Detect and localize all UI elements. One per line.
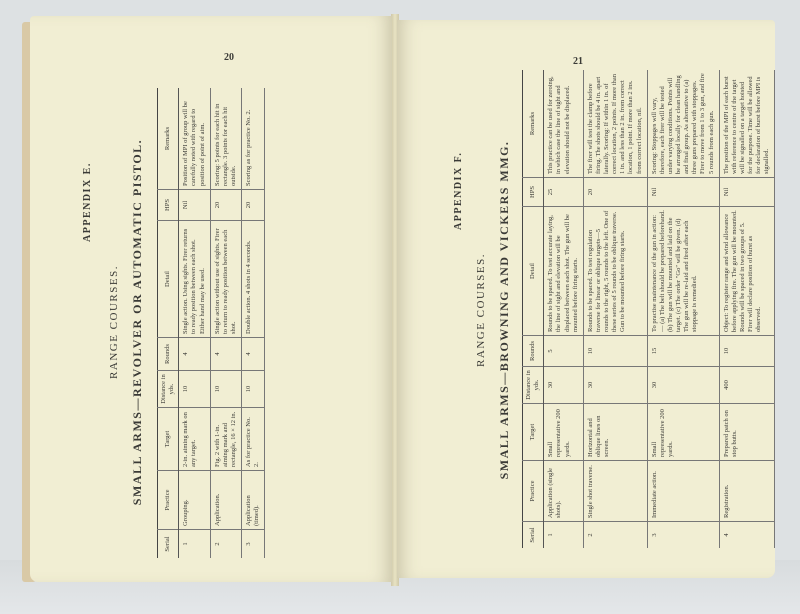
cell-practice: Application. xyxy=(210,471,241,530)
cell-remarks: This practice can be used for zeroing, i… xyxy=(544,70,584,178)
cell-remarks: Position of MPI of group will be careful… xyxy=(179,88,210,190)
cell-hps: Nil xyxy=(719,178,775,207)
cell-practice: Single shot traverse. xyxy=(583,461,647,522)
cell-detail: To practise maintenance of the gun in ac… xyxy=(647,207,719,336)
col-practice: Practice xyxy=(158,471,179,530)
col-detail: Detail xyxy=(523,207,544,336)
cell-target: 2-in. aiming mark on any target. xyxy=(179,408,210,471)
cell-practice: Grouping. xyxy=(179,471,210,530)
table-row: 3 Immediate action. Small representative… xyxy=(647,70,719,548)
course-title: RANGE COURSES. xyxy=(475,60,487,560)
cell-serial: 3 xyxy=(242,530,265,559)
col-serial: Serial xyxy=(158,530,179,559)
cell-target: As for practice No. 2. xyxy=(242,408,265,471)
cell-hps: 20 xyxy=(210,190,241,221)
course-title: RANGE COURSES. xyxy=(108,72,120,572)
col-distance: Distance in yds. xyxy=(158,371,179,408)
cell-rounds: 4 xyxy=(179,338,210,371)
cell-rounds: 10 xyxy=(583,336,647,367)
cell-target: Small representative 200 yards. xyxy=(647,404,719,461)
cell-practice: Immediate action. xyxy=(647,461,719,522)
cell-serial: 4 xyxy=(719,522,775,549)
cell-hps: 25 xyxy=(544,178,584,207)
cell-serial: 1 xyxy=(544,522,584,549)
cell-target: Horizontal and oblique lines on screen. xyxy=(583,404,647,461)
appendix-label: APPENDIX F. xyxy=(453,152,464,230)
cell-rounds: 5 xyxy=(544,336,584,367)
col-distance: Distance in yds. xyxy=(523,367,544,404)
table-row: 2 Single shot traverse. Horizontal and o… xyxy=(583,70,647,548)
cell-detail: Single action. Using sights. Firer retur… xyxy=(179,221,210,338)
rotated-content-left: APPENDIX E. RANGE COURSES. SMALL ARMS—RE… xyxy=(66,72,316,572)
cell-hps: Nil xyxy=(647,178,719,207)
cell-remarks: Scoring: 5 points for each hit in rectan… xyxy=(210,88,241,190)
col-target: Target xyxy=(523,404,544,461)
section-heading: SMALL ARMS—REVOLVER OR AUTOMATIC PISTOL. xyxy=(130,72,145,572)
cell-target: Fig. 2 with 1-in. aiming mark and rectan… xyxy=(210,408,241,471)
cell-target: Small representative 200 yards. xyxy=(544,404,584,461)
cell-rounds: 4 xyxy=(242,338,265,371)
cell-distance: 10 xyxy=(242,371,265,408)
right-page: 21 APPENDIX F. RANGE COURSES. SMALL ARMS… xyxy=(397,20,775,578)
cell-detail: Double action. 4 shots in 4 seconds. xyxy=(242,221,265,338)
cell-practice: Application (single shots). xyxy=(544,461,584,522)
cell-rounds: 4 xyxy=(210,338,241,371)
cell-detail: Rounds to be spaced. To test regulation … xyxy=(583,207,647,336)
table-row: 4 Registration. Prepared patch on stop b… xyxy=(719,70,775,548)
section-heading: SMALL ARMS—BROWNING AND VICKERS MMG. xyxy=(497,60,512,560)
table-header-row: Serial Practice Target Distance in yds. … xyxy=(158,88,179,558)
table-header-row: Serial Practice Target Distance in yds. … xyxy=(523,70,544,548)
cell-remarks: Scoring as for practice No. 2. xyxy=(242,88,265,190)
cell-hps: Nil xyxy=(179,190,210,221)
col-detail: Detail xyxy=(158,221,179,338)
table-row: 1 Application (single shots). Small repr… xyxy=(544,70,584,548)
cell-rounds: 10 xyxy=(719,336,775,367)
range-course-table: Serial Practice Target Distance in yds. … xyxy=(157,88,265,558)
cell-serial: 3 xyxy=(647,522,719,549)
range-course-table: Serial Practice Target Distance in yds. … xyxy=(522,70,775,548)
col-remarks: Remarks xyxy=(523,70,544,178)
cell-hps: 20 xyxy=(242,190,265,221)
cell-distance: 10 xyxy=(179,371,210,408)
col-hps: HPS xyxy=(158,190,179,221)
cell-distance: 30 xyxy=(647,367,719,404)
cell-rounds: 15 xyxy=(647,336,719,367)
col-target: Target xyxy=(158,408,179,471)
appendix-label: APPENDIX E. xyxy=(82,162,93,242)
table-row: 1 Grouping. 2-in. aiming mark on any tar… xyxy=(179,88,210,558)
cell-practice: Registration. xyxy=(719,461,775,522)
page-number: 20 xyxy=(224,52,234,63)
cell-distance: 400 xyxy=(719,367,775,404)
left-page: 20 APPENDIX E. RANGE COURSES. SMALL ARMS… xyxy=(30,16,392,582)
cell-detail: Single action without use of sights. Fir… xyxy=(210,221,241,338)
col-serial: Serial xyxy=(523,522,544,549)
cell-practice: Application (timed). xyxy=(242,471,265,530)
table-row: 3 Application (timed). As for practice N… xyxy=(242,88,265,558)
rotated-content-right: APPENDIX F. RANGE COURSES. SMALL ARMS—BR… xyxy=(433,60,773,560)
col-practice: Practice xyxy=(523,461,544,522)
cell-remarks: The position of the MPI of each burst wi… xyxy=(719,70,775,178)
cell-target: Prepared patch on stop butts. xyxy=(719,404,775,461)
col-rounds: Rounds xyxy=(523,336,544,367)
table-row: 2 Application. Fig. 2 with 1-in. aiming … xyxy=(210,88,241,558)
cell-hps: 20 xyxy=(583,178,647,207)
cell-distance: 30 xyxy=(583,367,647,404)
cell-serial: 2 xyxy=(210,530,241,559)
cell-serial: 2 xyxy=(583,522,647,549)
col-remarks: Remarks xyxy=(158,88,179,190)
cell-remarks: The firer will test the clamp before fir… xyxy=(583,70,647,178)
cell-distance: 30 xyxy=(544,367,584,404)
cell-serial: 1 xyxy=(179,530,210,559)
cell-detail: Object: To register range and wind allow… xyxy=(719,207,775,336)
col-hps: HPS xyxy=(523,178,544,207)
col-rounds: Rounds xyxy=(158,338,179,371)
cell-remarks: Scoring: Stoppages will vary, therefore,… xyxy=(647,70,719,178)
cell-distance: 10 xyxy=(210,371,241,408)
cell-detail: Rounds to be spaced. To test accurate la… xyxy=(544,207,584,336)
